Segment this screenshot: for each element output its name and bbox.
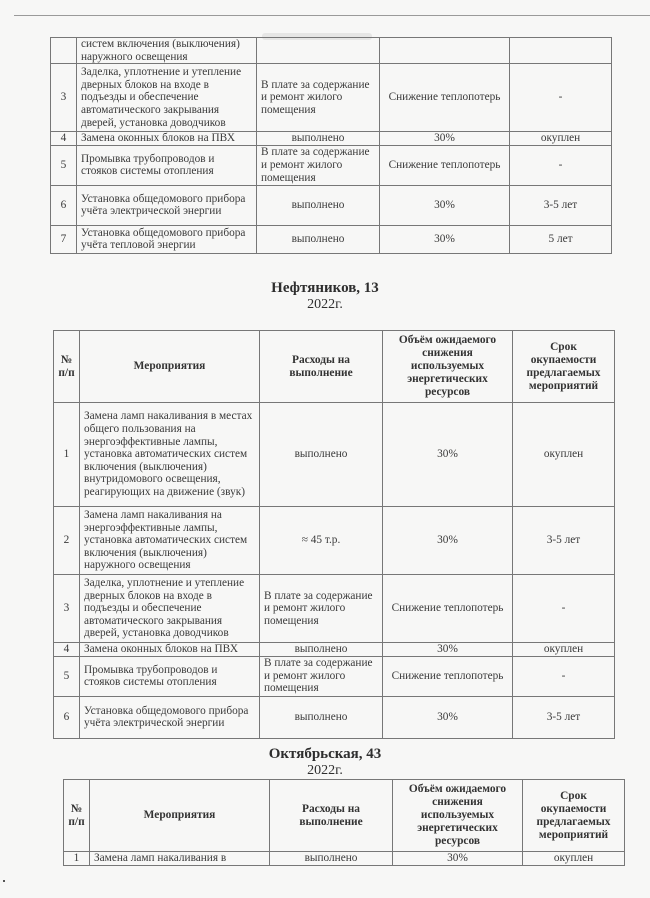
neftyanikov-table: № п/п Мероприятия Расходы на выполнение … — [53, 330, 615, 739]
row-cost: В плате за содержание и ремонт жилого по… — [260, 656, 383, 696]
row-payback: 5 лет — [510, 225, 612, 253]
row-payback: - — [510, 145, 612, 185]
table-row: 7 Установка общедомового прибора учёта т… — [51, 225, 612, 253]
row-cost: В плате за содержание и ремонт жилого по… — [257, 64, 380, 132]
row-number: 1 — [54, 403, 80, 507]
row-cost: выполнено — [270, 852, 393, 866]
row-action: Заделка, уплотнение и утепление дверных … — [80, 575, 260, 643]
row-action: Замена ламп накаливания в местах общего … — [80, 403, 260, 507]
row-number: 3 — [54, 575, 80, 643]
column-header-reduction: Объём ожидаемого снижения используемых э… — [383, 331, 513, 403]
row-action: Замена оконных блоков на ПВХ — [77, 132, 257, 146]
row-payback: 3-5 лет — [510, 185, 612, 225]
row-reduction: 30% — [383, 403, 513, 507]
column-header-cost: Расходы на выполнение — [260, 331, 383, 403]
table-row: 4 Замена оконных блоков на ПВХ выполнено… — [51, 132, 612, 146]
row-number: 1 — [64, 852, 90, 866]
table-row: систем включения (выключения) наружного … — [51, 38, 612, 64]
row-reduction: 30% — [383, 696, 513, 738]
section-title: Октябрьская, 43 — [0, 746, 650, 763]
section-title: Нефтяников, 13 — [0, 280, 650, 297]
table-row: 6 Установка общедомового прибора учёта э… — [51, 185, 612, 225]
column-header-action: Мероприятия — [80, 331, 260, 403]
page-top-edge — [14, 15, 650, 16]
table-row: 5 Промывка трубопроводов и стояков систе… — [51, 145, 612, 185]
row-action: Промывка трубопроводов и стояков системы… — [77, 145, 257, 185]
row-reduction: 30% — [380, 185, 510, 225]
table-row: 1 Замена ламп накаливания в выполнено 30… — [64, 852, 625, 866]
row-payback: 3-5 лет — [513, 507, 615, 575]
row-reduction: Снижение теплопотерь — [383, 575, 513, 643]
row-number: 7 — [51, 225, 77, 253]
row-reduction: 30% — [380, 225, 510, 253]
row-cost: ≈ 45 т.р. — [260, 507, 383, 575]
row-number: 5 — [54, 656, 80, 696]
row-reduction: 30% — [383, 643, 513, 657]
row-payback: окуплен — [513, 643, 615, 657]
row-action: Установка общедомового прибора учёта эле… — [80, 696, 260, 738]
table-row: 2 Замена ламп накаливания на энергоэффек… — [54, 507, 615, 575]
row-number: 5 — [51, 145, 77, 185]
row-cost: В плате за содержание и ремонт жилого по… — [260, 575, 383, 643]
table-header-row: № п/п Мероприятия Расходы на выполнение … — [54, 331, 615, 403]
row-action: Установка общедомового прибора учёта теп… — [77, 225, 257, 253]
table-row: 6 Установка общедомового прибора учёта э… — [54, 696, 615, 738]
row-action: Замена ламп накаливания в — [90, 852, 270, 866]
column-header-payback: Срок окупаемости предлагаемых мероприяти… — [523, 780, 625, 852]
column-header-reduction: Объём ожидаемого снижения используемых э… — [393, 780, 523, 852]
section-heading-neftyanikov: Нефтяников, 13 2022г. — [0, 280, 650, 313]
row-cost: выполнено — [257, 185, 380, 225]
row-number — [51, 38, 77, 64]
column-header-payback: Срок окупаемости предлагаемых мероприяти… — [513, 331, 615, 403]
row-number: 4 — [54, 643, 80, 657]
row-payback: окуплен — [510, 132, 612, 146]
section-year: 2022г. — [0, 763, 650, 779]
row-payback: - — [513, 656, 615, 696]
row-action: Установка общедомового прибора учёта эле… — [77, 185, 257, 225]
row-cost: выполнено — [260, 696, 383, 738]
column-header-cost: Расходы на выполнение — [270, 780, 393, 852]
row-reduction: 30% — [393, 852, 523, 866]
table-row: 3 Заделка, уплотнение и утепление дверны… — [54, 575, 615, 643]
table-header-row: № п/п Мероприятия Расходы на выполнение … — [64, 780, 625, 852]
row-reduction: Снижение теплопотерь — [380, 145, 510, 185]
row-cost: выполнено — [260, 643, 383, 657]
row-action: систем включения (выключения) наружного … — [77, 38, 257, 64]
row-payback: 3-5 лет — [513, 696, 615, 738]
row-reduction: Снижение теплопотерь — [383, 656, 513, 696]
row-payback — [510, 38, 612, 64]
row-payback: - — [513, 575, 615, 643]
table-row: 1 Замена ламп накаливания в местах общег… — [54, 403, 615, 507]
column-header-num: № п/п — [54, 331, 80, 403]
row-cost: выполнено — [260, 403, 383, 507]
row-action: Промывка трубопроводов и стояков системы… — [80, 656, 260, 696]
row-action: Замена оконных блоков на ПВХ — [80, 643, 260, 657]
oktyabrskaya-table: № п/п Мероприятия Расходы на выполнение … — [63, 779, 625, 866]
row-number: 3 — [51, 64, 77, 132]
row-reduction: 30% — [383, 507, 513, 575]
row-cost: В плате за содержание и ремонт жилого по… — [257, 145, 380, 185]
row-action: Замена ламп накаливания на энергоэффекти… — [80, 507, 260, 575]
row-number: 6 — [54, 696, 80, 738]
row-payback: окуплен — [523, 852, 625, 866]
row-number: 6 — [51, 185, 77, 225]
row-cost: выполнено — [257, 225, 380, 253]
fragment-table: систем включения (выключения) наружного … — [50, 37, 612, 254]
column-header-num: № п/п — [64, 780, 90, 852]
row-action: Заделка, уплотнение и утепление дверных … — [77, 64, 257, 132]
column-header-action: Мероприятия — [90, 780, 270, 852]
row-cost: выполнено — [257, 132, 380, 146]
section-year: 2022г. — [0, 297, 650, 313]
section-heading-oktyabrskaya: Октябрьская, 43 2022г. — [0, 746, 650, 779]
row-number: 2 — [54, 507, 80, 575]
row-cost — [257, 38, 380, 64]
row-reduction: Снижение теплопотерь — [380, 64, 510, 132]
table-row: 5 Промывка трубопроводов и стояков систе… — [54, 656, 615, 696]
row-number: 4 — [51, 132, 77, 146]
table-row: 3 Заделка, уплотнение и утепление дверны… — [51, 64, 612, 132]
row-payback: окуплен — [513, 403, 615, 507]
row-reduction — [380, 38, 510, 64]
table-row: 4 Замена оконных блоков на ПВХ выполнено… — [54, 643, 615, 657]
row-reduction: 30% — [380, 132, 510, 146]
row-payback: - — [510, 64, 612, 132]
scan-speck — [3, 880, 5, 882]
